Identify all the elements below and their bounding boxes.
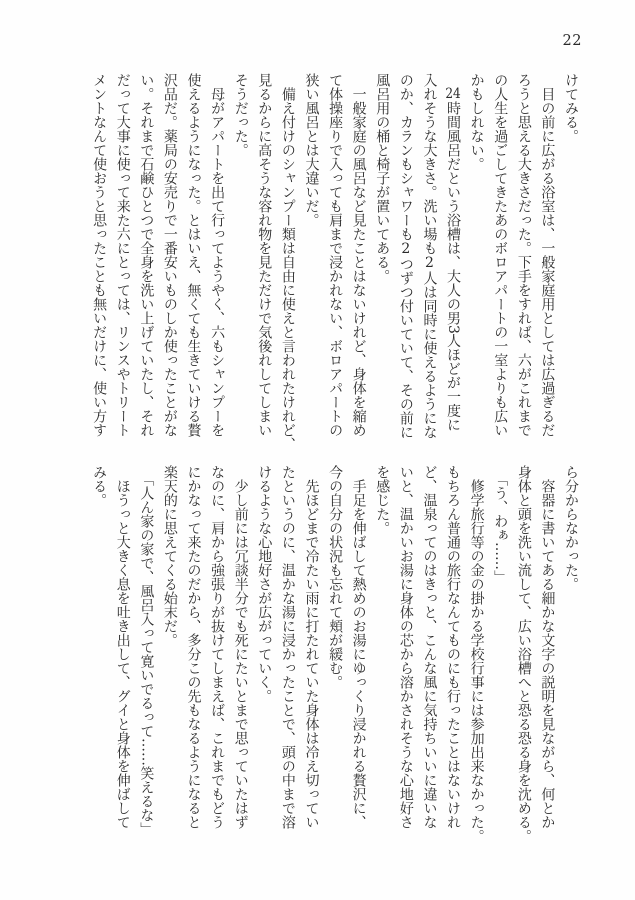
text-line: ほうっと大きく息を吐き出して、グイと身体を伸ばして <box>110 465 134 843</box>
text-line: 「人ん家の家で、風呂入って寛いでるって……笑えるな」 <box>134 465 158 843</box>
text-line: 容器に書いてある細かな文字の説明を見ながら、何とか <box>535 465 559 843</box>
text-block-bottom: ら分からなかった。 容器に書いてある細かな文字の説明を見ながら、何とか身体と頭を… <box>87 465 582 843</box>
text-line: 見るからに高そうな容れ物を見ただけで気後れしてしまい <box>252 73 276 451</box>
text-line: だって大事に使って来た六にとっては、リンスやトリート <box>110 73 134 451</box>
text-line: そうだった。 <box>228 73 252 451</box>
text-line: を感じた。 <box>370 465 394 843</box>
text-line: けるような心地好さが広がっていく。 <box>252 465 276 843</box>
text-block-top: けてみる。 目の前に広がる浴室は、一般家庭用としては広過ぎるだろうと思える大きさ… <box>87 73 582 451</box>
text-line: のか、カランもシャワーも2つずつ付いていて、その前に <box>393 73 417 451</box>
text-line: 風呂用の桶と椅子が置いてある。 <box>370 73 394 451</box>
text-line: かもしれない。 <box>464 73 488 451</box>
text-line: にかなって来たのだから、多分この先もなるようになると <box>181 465 205 843</box>
text-line: いと、温かいお湯に身体の芯から溶かされそうな心地好さ <box>393 465 417 843</box>
page-number: 22 <box>563 33 582 49</box>
text-line: メントなんて使おうと思ったことも無いだけに、使い方す <box>87 73 111 451</box>
text-line: 備え付けのシャンプー類は自由に使えと言われたけれど、 <box>275 73 299 451</box>
text-line: 修学旅行等の金の掛かる学校行事には参加出来なかった。 <box>464 465 488 843</box>
text-line: 沢品だ。薬局の安売りで一番安いものしか使ったことがな <box>157 73 181 451</box>
text-line: 今の自分の状況も忘れて頬が緩む。 <box>322 465 346 843</box>
text-line: て体操座りで入っても肩まで浸かれない、ボロアパートの <box>322 73 346 451</box>
book-page: 22 けてみる。 目の前に広がる浴室は、一般家庭用としては広過ぎるだろうと思える… <box>0 0 635 900</box>
text-line: 先ほどまで冷たい雨に打たれていた身体は冷え切ってい <box>299 465 323 843</box>
text-line: 入れそうな大きさ。洗い場も2人は同時に使えるようにな <box>417 73 441 451</box>
text-line: 24時間風呂だという浴槽は、大人の男3人ほどが一度に <box>440 73 464 451</box>
text-line: 楽天的に思えてくる始末だ。 <box>157 465 181 843</box>
text-line: 使えるようになった。とはいえ、無くても生きていける贅 <box>181 73 205 451</box>
text-line: 母がアパートを出て行ってようやく、六もシャンプーを <box>205 73 229 451</box>
text-line: なのに、肩から強張りが抜けてしまえば、これまでもどう <box>205 465 229 843</box>
text-line: みる。 <box>87 465 111 843</box>
text-line: 手足を伸ばして熱めのお湯にゆっくり浸かれる贅沢に、 <box>346 465 370 843</box>
text-line: い。それまで石鹸ひとつで全身を洗い上げていたし、それ <box>134 73 158 451</box>
text-line: 狭い風呂とは大違いだ。 <box>299 73 323 451</box>
text-line: 目の前に広がる浴室は、一般家庭用としては広過ぎるだ <box>535 73 559 451</box>
text-line: もちろん普通の旅行なんてものにも行ったことはないけれ <box>440 465 464 843</box>
text-line: 身体と頭を洗い流して、広い浴槽へと恐る恐る身を沈める。 <box>511 465 535 843</box>
text-line: 「う、わぁ……」 <box>488 465 512 843</box>
text-line: 一般家庭の風呂など見たことはないけれど、身体を縮め <box>346 73 370 451</box>
text-line: ら分からなかった。 <box>558 465 582 843</box>
text-line: けてみる。 <box>558 73 582 451</box>
text-line: の人生を過ごしてきたあのボロアパートの一室よりも広い <box>488 73 512 451</box>
text-line: ど、温泉ってのはきっと、こんな風に気持ちいいに違いな <box>417 465 441 843</box>
text-line: ろうと思える大きさだった。下手をすれば、六がこれまで <box>511 73 535 451</box>
text-line: 少し前には冗談半分でも死にたいとまで思っていたはず <box>228 465 252 843</box>
text-line: たというのに、温かな湯に浸かったことで、頭の中まで溶 <box>275 465 299 843</box>
